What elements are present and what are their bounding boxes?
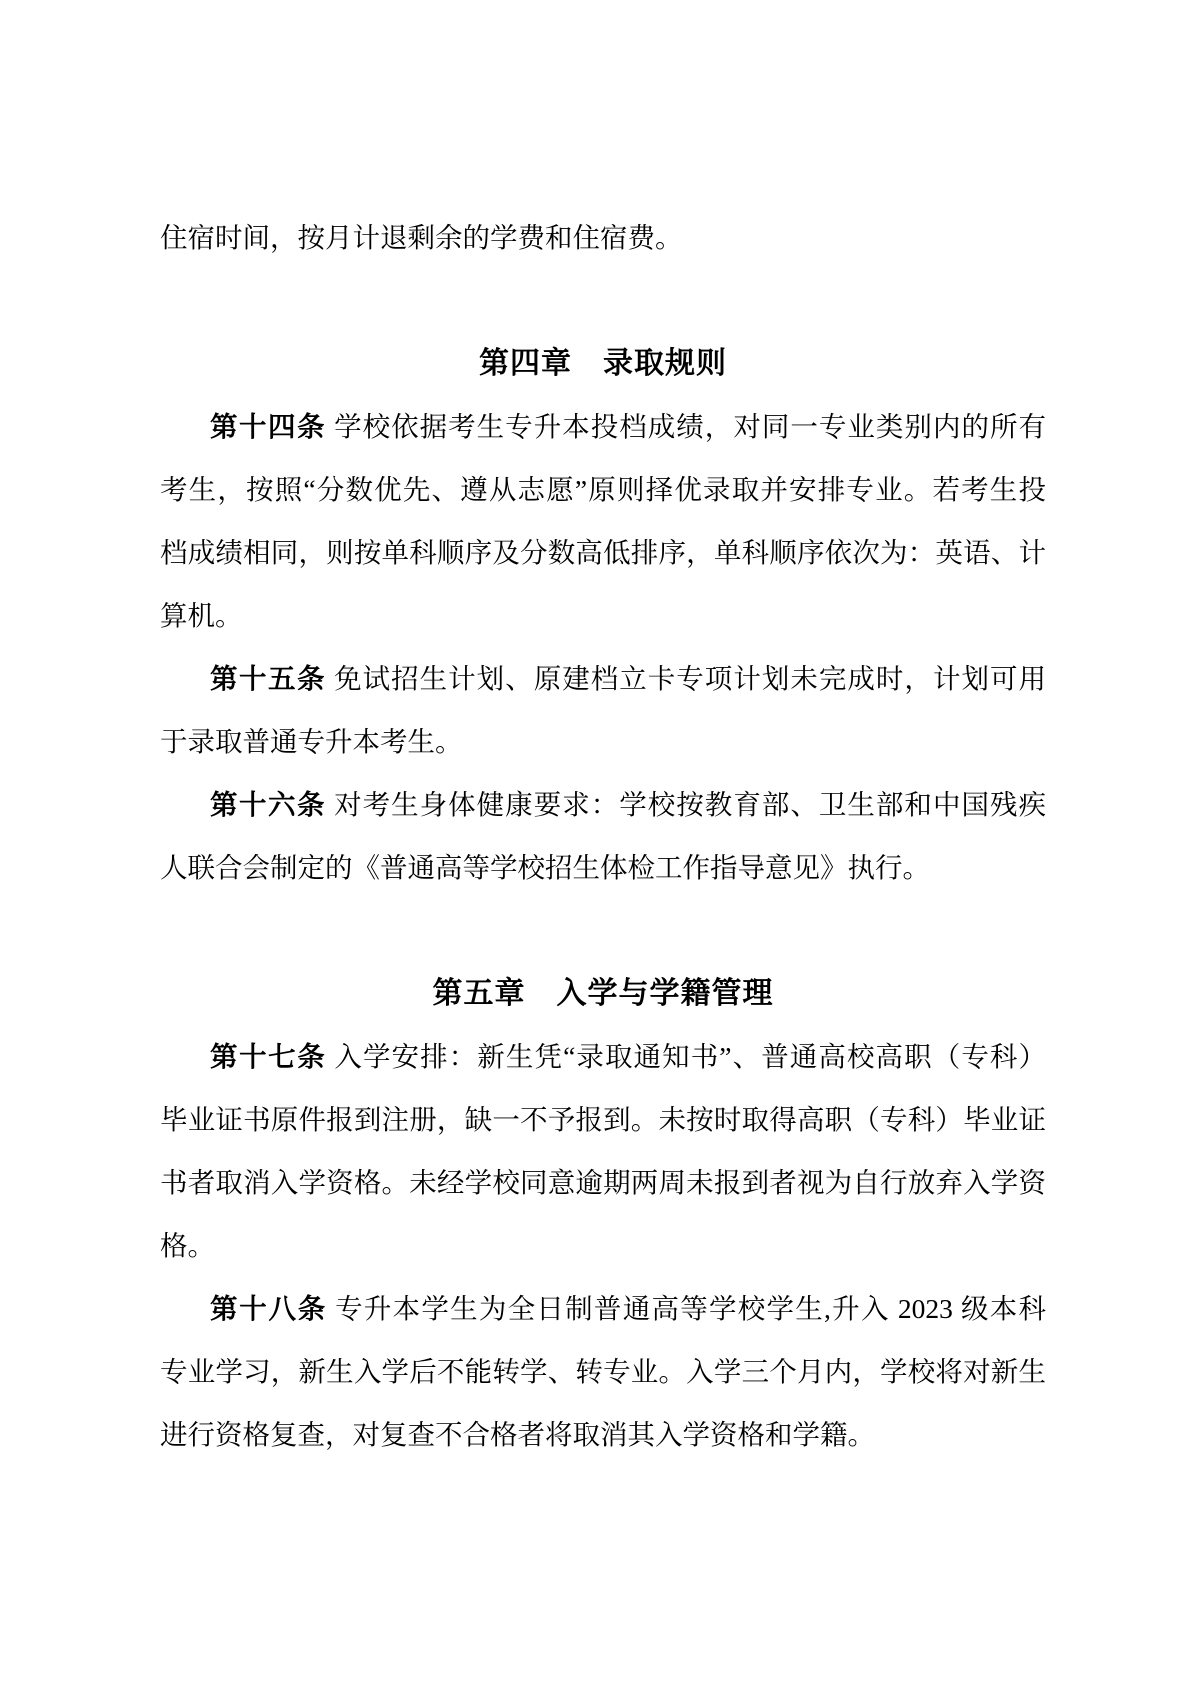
paragraph-text: 人联合会制定的《普通高等学校招生体检工作指导意见》执行。: [160, 852, 930, 883]
paragraph-line: 算机。: [160, 584, 1046, 647]
paragraph-line: 专业学习，新生入学后不能转学、转专业。入学三个月内，学校将对新生: [160, 1340, 1046, 1403]
article-first-line: 第十五条免试招生计划、原建档立卡专项计划未完成时，计划可用: [160, 647, 1046, 710]
paragraph-text: 进行资格复查，对复查不合格者将取消其入学资格和学籍。: [160, 1419, 875, 1450]
paragraph-line: 格。: [160, 1214, 1046, 1277]
paragraph-line: 书者取消入学资格。未经学校同意逾期两周未报到者视为自行放弃入学资: [160, 1151, 1046, 1214]
paragraph-text: 算机。: [160, 600, 243, 631]
article-number: 第十五条: [210, 663, 326, 694]
article-number: 第十七条: [210, 1041, 326, 1072]
article-number: 第十六条: [210, 789, 326, 820]
paragraph-text: 档成绩相同，则按单科顺序及分数高低排序，单科顺序依次为：英语、计: [160, 537, 1046, 568]
article-number: 第十八条: [210, 1293, 327, 1324]
paragraph-line: 档成绩相同，则按单科顺序及分数高低排序，单科顺序依次为：英语、计: [160, 521, 1046, 584]
paragraph-text: 考生，按照“分数优先、遵从志愿”原则择优录取并安排专业。若考生投: [160, 474, 1046, 505]
article-first-line: 第十四条学校依据考生专升本投档成绩，对同一专业类别内的所有: [160, 395, 1046, 458]
paragraph-line: 于录取普通专升本考生。: [160, 710, 1046, 773]
chapter-title-text: 第四章 录取规则: [479, 347, 727, 380]
paragraph-text: 于录取普通专升本考生。: [160, 726, 463, 757]
chapter-heading: 第四章 录取规则: [160, 332, 1046, 395]
paragraph-text: 书者取消入学资格。未经学校同意逾期两周未报到者视为自行放弃入学资: [160, 1167, 1046, 1198]
paragraph-line: 住宿时间，按月计退剩余的学费和住宿费。: [160, 206, 1046, 269]
paragraph-text: 专升本学生为全日制普通高等学校学生,升入 2023 级本科: [335, 1293, 1046, 1324]
paragraph-line: 考生，按照“分数优先、遵从志愿”原则择优录取并安排专业。若考生投: [160, 458, 1046, 521]
text-column: 住宿时间，按月计退剩余的学费和住宿费。第四章 录取规则第十四条学校依据考生专升本…: [160, 206, 1046, 1466]
paragraph-line: 进行资格复查，对复查不合格者将取消其入学资格和学籍。: [160, 1403, 1046, 1466]
chapter-heading: 第五章 入学与学籍管理: [160, 962, 1046, 1025]
paragraph-text: 学校依据考生专升本投档成绩，对同一专业类别内的所有: [334, 411, 1046, 442]
article-number: 第十四条: [210, 411, 326, 442]
paragraph-text: 专业学习，新生入学后不能转学、转专业。入学三个月内，学校将对新生: [160, 1356, 1046, 1387]
article-first-line: 第十六条对考生身体健康要求：学校按教育部、卫生部和中国残疾: [160, 773, 1046, 836]
article-first-line: 第十七条入学安排：新生凭“录取通知书”、普通高校高职（专科）: [160, 1025, 1046, 1088]
paragraph-text: 对考生身体健康要求：学校按教育部、卫生部和中国残疾: [334, 789, 1046, 820]
paragraph-text: 入学安排：新生凭“录取通知书”、普通高校高职（专科）: [334, 1041, 1046, 1072]
paragraph-text: 格。: [160, 1230, 215, 1261]
document-page: 住宿时间，按月计退剩余的学费和住宿费。第四章 录取规则第十四条学校依据考生专升本…: [0, 0, 1191, 1684]
paragraph-text: 住宿时间，按月计退剩余的学费和住宿费。: [160, 222, 683, 253]
paragraph-text: 免试招生计划、原建档立卡专项计划未完成时，计划可用: [334, 663, 1046, 694]
paragraph-line: 人联合会制定的《普通高等学校招生体检工作指导意见》执行。: [160, 836, 1046, 899]
paragraph-text: 毕业证书原件报到注册，缺一不予报到。未按时取得高职（专科）毕业证: [160, 1104, 1046, 1135]
article-first-line: 第十八条专升本学生为全日制普通高等学校学生,升入 2023 级本科: [160, 1277, 1046, 1340]
paragraph-line: 毕业证书原件报到注册，缺一不予报到。未按时取得高职（专科）毕业证: [160, 1088, 1046, 1151]
chapter-title-text: 第五章 入学与学籍管理: [433, 977, 774, 1010]
